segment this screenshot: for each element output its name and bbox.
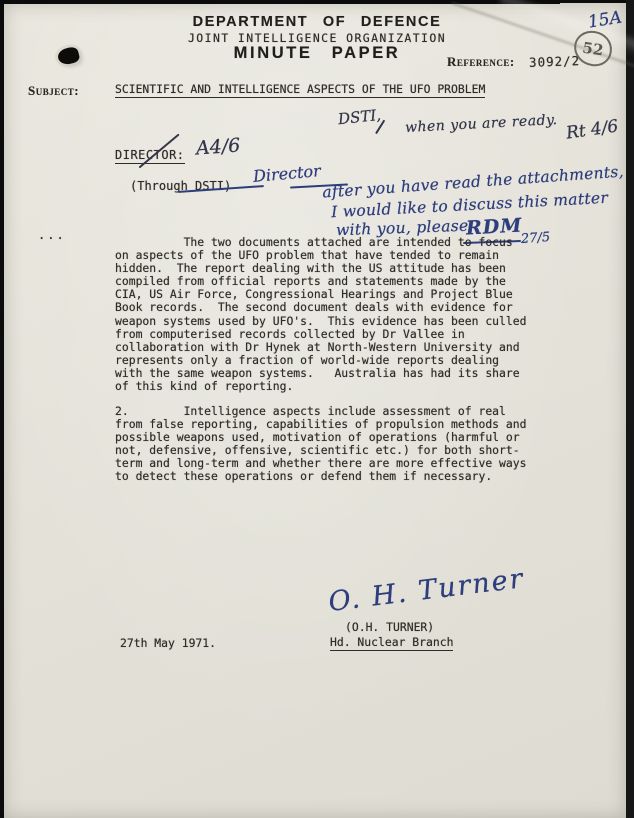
reference-row: Reference: 3092/2: [447, 54, 580, 70]
director-hand-mark: A4/6: [195, 134, 241, 159]
body-paragraph-2: 2. Intelligence aspects include assessme…: [115, 405, 526, 484]
reference-label: Reference:: [447, 54, 515, 70]
organization-heading: JOINT INTELLIGENCE ORGANIZATION: [0, 31, 634, 45]
scan-edge-right: [626, 0, 634, 818]
subject-label: Subject:: [28, 83, 79, 99]
folio-number: 52: [581, 38, 604, 59]
reference-number: 3092/2: [528, 53, 580, 70]
signatory-title: Hd. Nuclear Branch: [330, 635, 453, 651]
scan-edge-top: [0, 0, 560, 4]
margin-dots: ...: [38, 228, 66, 242]
document-date: 27th May 1971.: [120, 636, 216, 650]
signatory-typed-name: (O.H. TURNER): [345, 620, 434, 634]
body-paragraph-1: The two documents attached are intended …: [115, 236, 526, 393]
scanned-minute-paper: { "meta": { "description": "Scanned Aust…: [0, 0, 634, 818]
subject-text: SCIENTIFIC AND INTELLIGENCE ASPECTS OF T…: [115, 82, 485, 98]
department-heading: DEPARTMENT OF DEFENCE: [0, 14, 634, 30]
through-post: ): [224, 179, 231, 193]
